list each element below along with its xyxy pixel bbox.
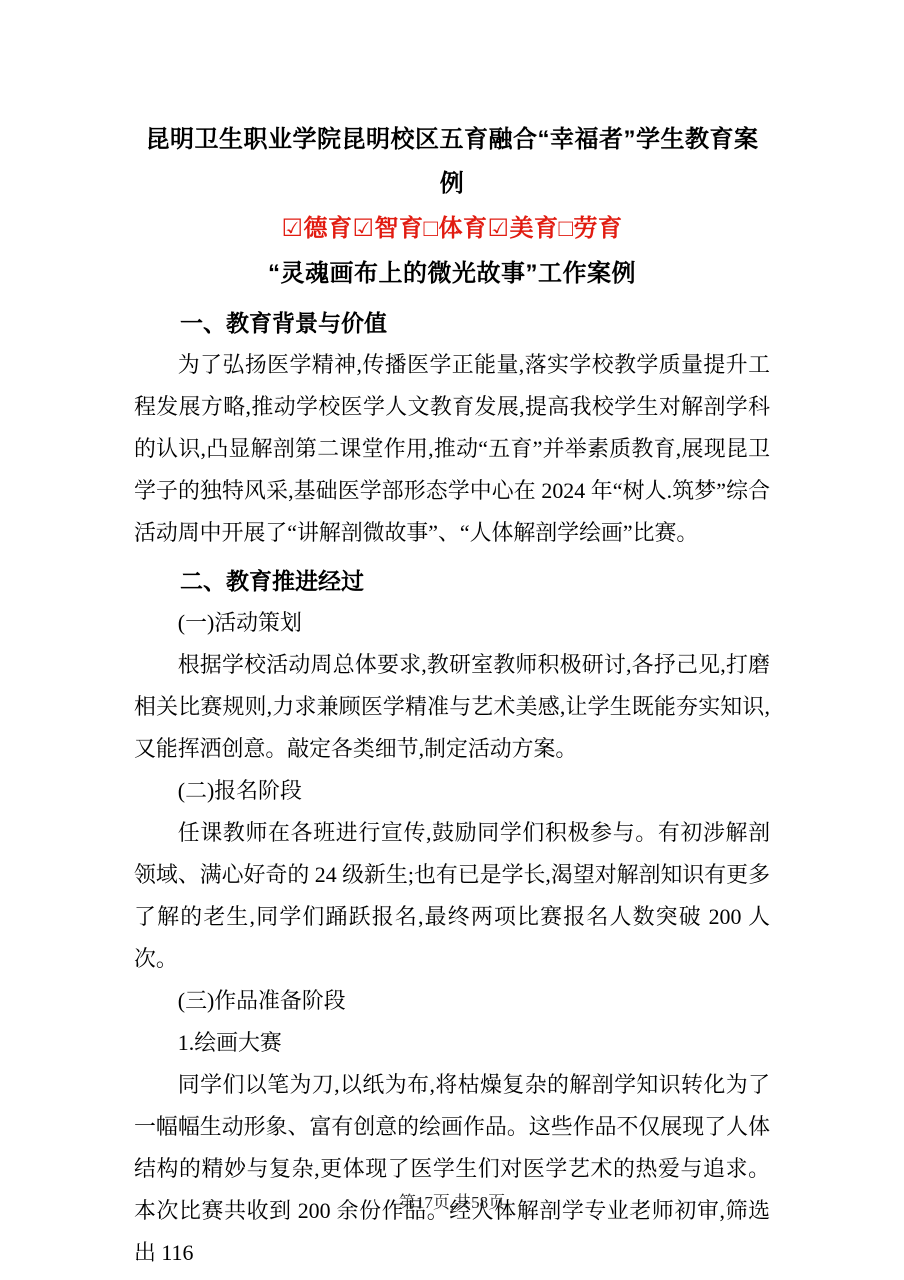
paragraph-registration: 任课教师在各班进行宣传,鼓励同学们积极参与。有初涉解剖领域、满心好奇的 24 级…: [134, 812, 770, 980]
checkbox-item-zhiyu: ☑智育: [352, 215, 423, 242]
document-page: { "colors": { "page_background": "#fffff…: [0, 0, 904, 1280]
section-heading-education-process: 二、教育推进经过: [134, 560, 770, 602]
document-subtitle: “灵魂画布上的微光故事”工作案例: [134, 252, 770, 296]
document-title: 昆明卫生职业学院昆明校区五育融合“幸福者”学生教育案例: [134, 118, 770, 206]
checkbox-item-laoyu: □劳育: [559, 215, 623, 242]
five-education-checkbox-line: ☑德育☑智育□体育☑美育□劳育: [134, 206, 770, 252]
paragraph-background: 为了弘扬医学精神,传播医学正能量,落实学校教学质量提升工程发展方略,推动学校医学…: [134, 344, 770, 554]
checkbox-item-tiyu: □体育: [424, 215, 488, 242]
paragraph-activity-planning: 根据学校活动周总体要求,教研室教师积极研讨,各抒己见,打磨相关比赛规则,力求兼顾…: [134, 644, 770, 770]
page-number-footer: 第17页,共58页: [0, 1182, 904, 1224]
checkbox-item-deyu: ☑德育: [281, 215, 352, 242]
subsection-heading-activity-planning: (一)活动策划: [134, 602, 770, 644]
checkbox-item-meiyu: ☑美育: [488, 215, 559, 242]
subsection-heading-work-preparation: (三)作品准备阶段: [134, 980, 770, 1022]
paragraph-drawing-contest: 同学们以笔为刀,以纸为布,将枯燥复杂的解剖学知识转化为了一幅幅生动形象、富有创意…: [134, 1064, 770, 1274]
sub-item-heading-drawing-contest: 1.绘画大赛: [134, 1022, 770, 1064]
subsection-heading-registration: (二)报名阶段: [134, 770, 770, 812]
document-content: 昆明卫生职业学院昆明校区五育融合“幸福者”学生教育案例 ☑德育☑智育□体育☑美育…: [134, 118, 770, 1274]
section-heading-background-value: 一、教育背景与价值: [134, 302, 770, 344]
